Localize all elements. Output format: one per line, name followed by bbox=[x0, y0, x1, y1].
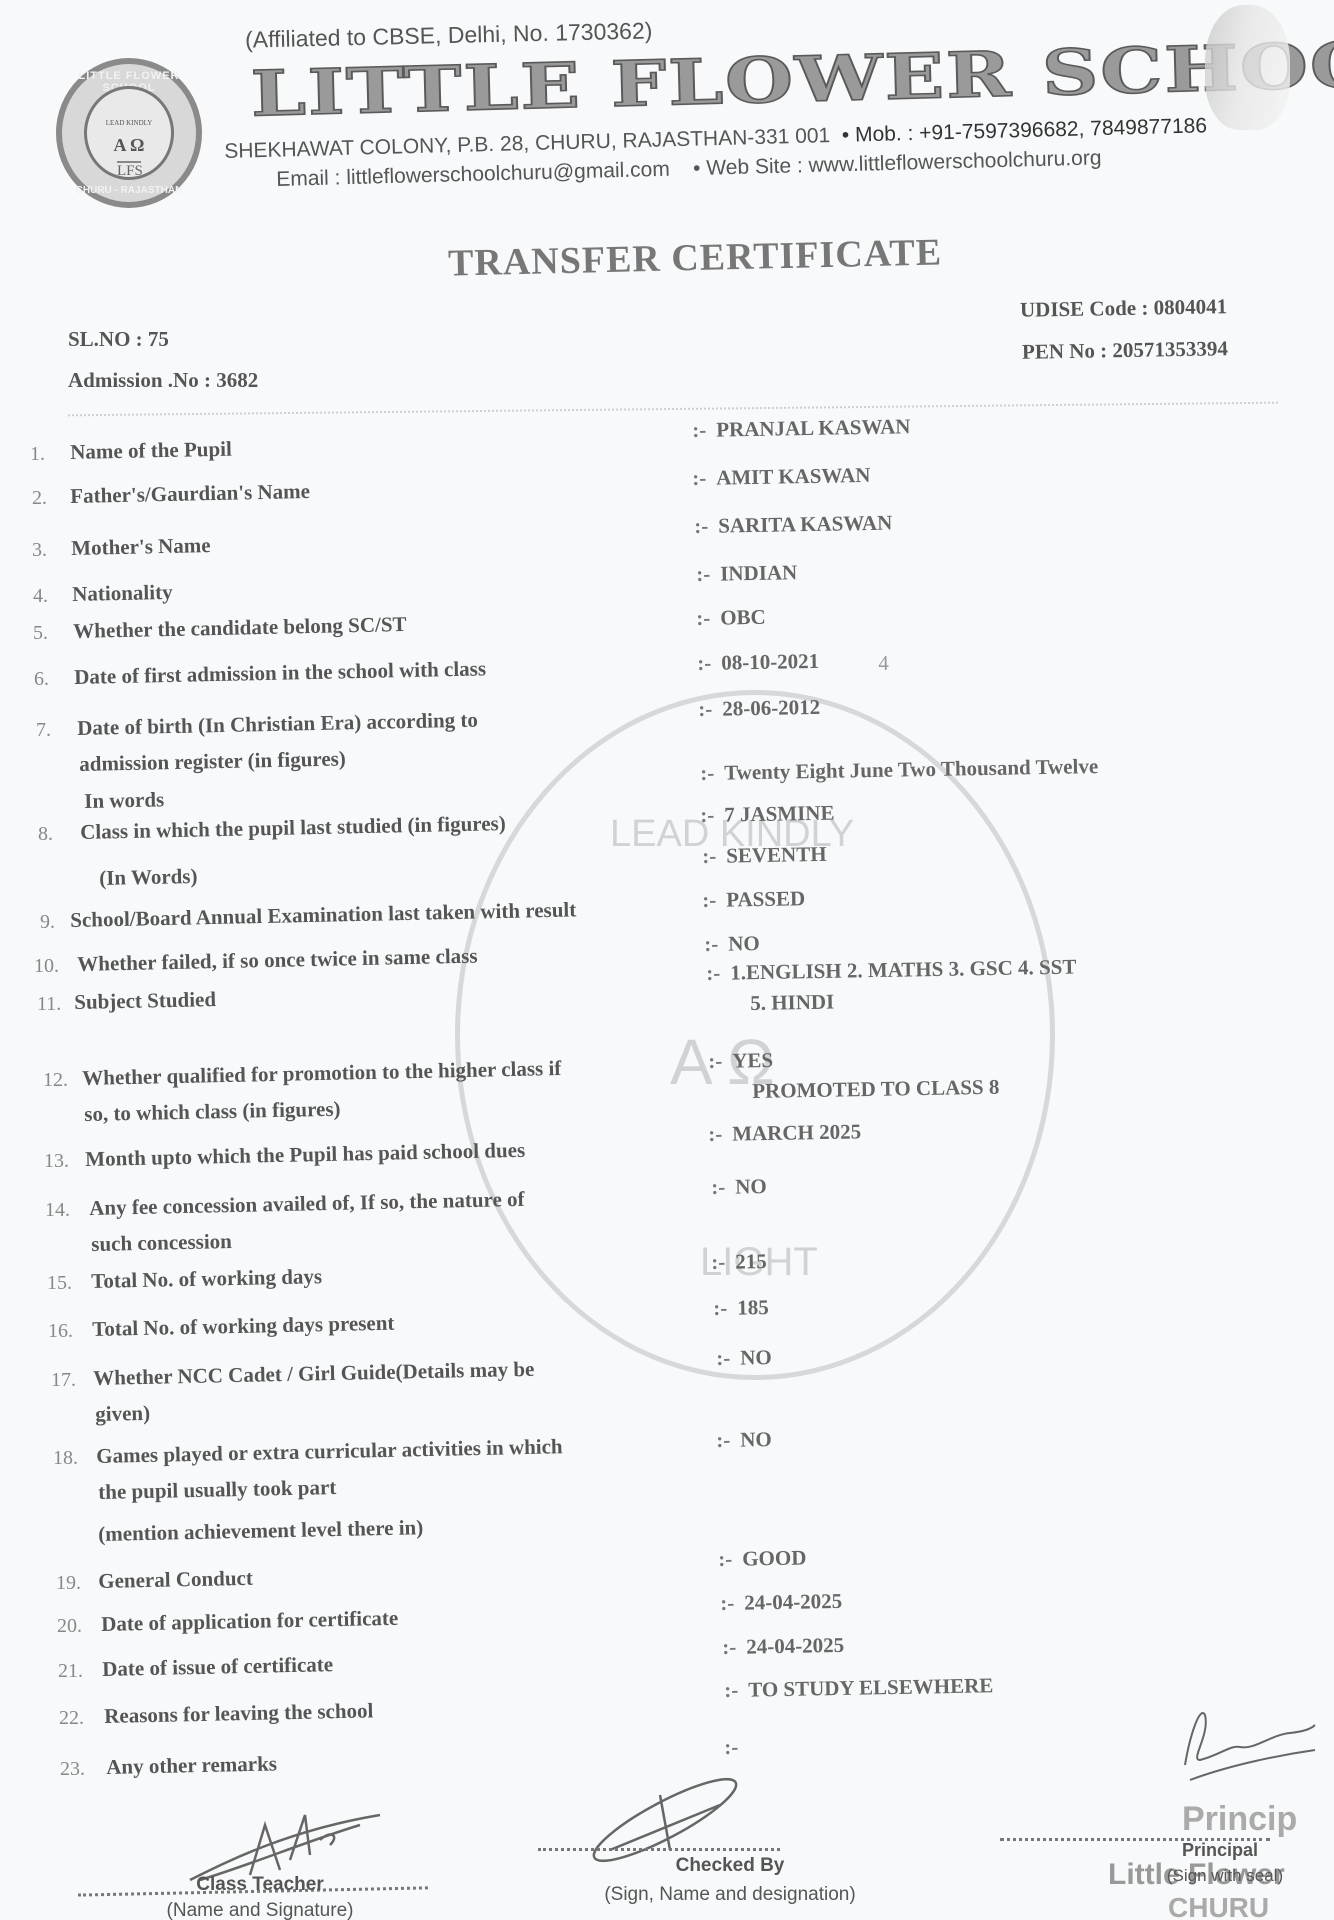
field-value-line: :-Twenty Eight June Two Thousand Twelve bbox=[700, 754, 1098, 786]
field-number: 8. bbox=[38, 823, 53, 846]
field-separator: :- bbox=[702, 888, 716, 912]
field-label: Subject Studied bbox=[74, 987, 216, 1015]
field-separator: :- bbox=[711, 1250, 725, 1274]
field-value: NO bbox=[740, 1427, 772, 1452]
field-value-line: :-NO bbox=[711, 1174, 767, 1200]
checked-by-sublabel: (Sign, Name and designation) bbox=[580, 1884, 880, 1906]
header-separator bbox=[68, 402, 1278, 417]
school-seal-stamp: LEAD KINDLY A Ω LIGHT bbox=[455, 690, 1055, 1380]
field-value-line: :-SARITA KASWAN bbox=[694, 511, 892, 539]
field-number: 9. bbox=[40, 911, 55, 934]
field-value: OBC bbox=[720, 605, 766, 630]
field-label: Nationality bbox=[72, 580, 173, 607]
field-label: Whether the candidate belong SC/ST bbox=[73, 612, 407, 644]
field-value: 1.ENGLISH 2. MATHS 3. GSC 4. SST bbox=[730, 955, 1077, 985]
field-value: 08-10-2021 bbox=[721, 649, 819, 675]
field-separator: :- bbox=[716, 1428, 730, 1452]
udise-code: UDISE Code : 0804041 bbox=[1020, 294, 1228, 323]
field-separator: :- bbox=[694, 514, 708, 538]
field-value: PRANJAL KASWAN bbox=[716, 414, 911, 441]
field-label: so, to which class (in figures) bbox=[84, 1097, 341, 1127]
field-number: 21. bbox=[58, 1660, 83, 1683]
field-label: Whether NCC Cadet / Girl Guide(Details m… bbox=[93, 1357, 535, 1391]
field-value: 24-04-2025 bbox=[746, 1633, 844, 1659]
field-separator: :- bbox=[704, 932, 718, 956]
field-label: Date of first admission in the school wi… bbox=[74, 656, 486, 690]
field-number: 10. bbox=[34, 955, 59, 978]
field-label: Whether failed, if so once twice in same… bbox=[77, 944, 478, 977]
field-value: 185 bbox=[737, 1295, 769, 1320]
field-separator: :- bbox=[711, 1175, 725, 1199]
field-value-line: :-YES bbox=[708, 1048, 773, 1074]
field-number: 5. bbox=[33, 622, 48, 645]
field-label: Month upto which the Pupil has paid scho… bbox=[85, 1138, 525, 1172]
field-value: 4 bbox=[878, 651, 889, 675]
field-number: 7. bbox=[36, 719, 51, 742]
field-label: Date of application for certificate bbox=[101, 1606, 398, 1637]
field-label: Total No. of working days present bbox=[92, 1311, 395, 1342]
field-value: MARCH 2025 bbox=[732, 1119, 861, 1145]
class-teacher-label: Class Teacher bbox=[150, 1874, 370, 1896]
field-separator: :- bbox=[720, 1591, 734, 1615]
logo-symbols: A Ω bbox=[87, 135, 171, 156]
field-label: (In Words) bbox=[99, 864, 198, 891]
field-label: Total No. of working days bbox=[91, 1264, 322, 1294]
field-separator: :- bbox=[702, 844, 716, 868]
field-number: 18. bbox=[53, 1447, 78, 1470]
field-separator: :- bbox=[706, 961, 720, 985]
field-value: NO bbox=[735, 1174, 767, 1199]
field-value: SEVENTH bbox=[726, 842, 827, 868]
field-label: Class in which the pupil last studied (i… bbox=[80, 811, 506, 845]
email-text: Email : littleflowerschoolchuru@gmail.co… bbox=[276, 158, 670, 191]
field-label: In words bbox=[84, 787, 164, 814]
field-value-line: :-PASSED bbox=[702, 886, 805, 913]
field-number: 20. bbox=[57, 1615, 82, 1638]
logo-crest: LEAD KINDLY A Ω LFS bbox=[84, 86, 174, 180]
field-value-line: :-NO bbox=[716, 1345, 772, 1371]
field-value: PROMOTED TO CLASS 8 bbox=[752, 1075, 1000, 1103]
field-value-line: 5. HINDI bbox=[750, 990, 834, 1016]
field-separator: :- bbox=[700, 803, 714, 827]
field-value-line: :-NO bbox=[704, 931, 760, 957]
field-label: Reasons for leaving the school bbox=[104, 1698, 374, 1729]
serial-number: SL.NO : 75 bbox=[68, 327, 169, 352]
field-value: YES bbox=[732, 1048, 773, 1073]
field-number: 4. bbox=[33, 585, 48, 608]
field-value-line: 4 bbox=[878, 651, 889, 676]
checked-by-label: Checked By bbox=[600, 1855, 860, 1877]
field-number: 17. bbox=[51, 1369, 76, 1392]
website-text: • Web Site : www.littleflowerschoolchuru… bbox=[693, 146, 1102, 180]
field-label: Mother's Name bbox=[71, 533, 211, 561]
field-separator: :- bbox=[713, 1296, 727, 1320]
field-separator: :- bbox=[708, 1122, 722, 1146]
field-number: 3. bbox=[32, 539, 47, 562]
field-value-line: :- bbox=[724, 1735, 748, 1760]
field-number: 22. bbox=[59, 1707, 84, 1730]
field-value-line: :-NO bbox=[716, 1427, 772, 1453]
field-value: 24-04-2025 bbox=[744, 1589, 842, 1615]
field-value-line: :-MARCH 2025 bbox=[708, 1119, 861, 1147]
field-label: Name of the Pupil bbox=[70, 437, 232, 465]
field-value: Twenty Eight June Two Thousand Twelve bbox=[724, 754, 1098, 785]
field-separator: :- bbox=[724, 1678, 738, 1702]
field-label: Games played or extra curricular activit… bbox=[96, 1434, 563, 1469]
field-value-line: :-24-04-2025 bbox=[722, 1633, 844, 1660]
field-label: General Conduct bbox=[98, 1566, 253, 1594]
principal-seal-city: CHURU bbox=[1168, 1892, 1269, 1920]
field-number: 19. bbox=[56, 1572, 81, 1595]
field-label: admission register (in figures) bbox=[79, 746, 346, 777]
field-label: (mention achievement level there in) bbox=[98, 1515, 423, 1547]
principal-seal-text: Princip bbox=[1182, 1800, 1297, 1839]
field-number: 15. bbox=[47, 1272, 72, 1295]
field-separator: :- bbox=[700, 761, 714, 785]
field-separator: :- bbox=[697, 651, 711, 675]
field-value: 28-06-2012 bbox=[722, 695, 820, 721]
principal-signature bbox=[1170, 1705, 1320, 1785]
field-number: 13. bbox=[44, 1150, 69, 1173]
field-separator: :- bbox=[708, 1049, 722, 1073]
field-separator: :- bbox=[696, 562, 710, 586]
logo-ring-bottom-text: CHURU - RAJASTHAN bbox=[62, 185, 196, 196]
field-value: AMIT KASWAN bbox=[716, 463, 871, 490]
field-number: 16. bbox=[48, 1320, 73, 1343]
admission-number: Admission .No : 3682 bbox=[68, 368, 258, 393]
field-value-line: :-28-06-2012 bbox=[698, 695, 820, 722]
field-number: 12. bbox=[43, 1069, 68, 1092]
field-value: NO bbox=[740, 1345, 772, 1370]
principal-sublabel: (Sign with seal) bbox=[1150, 1866, 1300, 1886]
field-separator: :- bbox=[718, 1547, 732, 1571]
field-label: Date of issue of certificate bbox=[102, 1652, 333, 1682]
field-label: Any fee concession availed of, If so, th… bbox=[89, 1187, 525, 1221]
field-separator: :- bbox=[724, 1735, 738, 1759]
field-number: 14. bbox=[45, 1199, 70, 1222]
field-value-line: :-INDIAN bbox=[696, 560, 797, 587]
field-value: 5. HINDI bbox=[750, 990, 834, 1015]
field-label: School/Board Annual Examination last tak… bbox=[70, 897, 576, 933]
logo-motto: LEAD KINDLY bbox=[87, 119, 171, 127]
field-value: 215 bbox=[735, 1249, 767, 1274]
field-label: Father's/Gaurdian's Name bbox=[70, 479, 310, 509]
field-separator: :- bbox=[722, 1635, 736, 1659]
field-number: 1. bbox=[30, 443, 45, 466]
field-value-line: :-PRANJAL KASWAN bbox=[692, 414, 911, 443]
field-value: SARITA KASWAN bbox=[718, 511, 892, 538]
field-value: PASSED bbox=[726, 886, 805, 911]
checked-by-sign-line bbox=[538, 1848, 780, 1851]
field-number: 23. bbox=[60, 1758, 85, 1781]
pen-number: PEN No : 20571353394 bbox=[1022, 336, 1228, 365]
field-value-line: :-215 bbox=[711, 1249, 767, 1275]
field-value-line: PROMOTED TO CLASS 8 bbox=[752, 1075, 1000, 1104]
field-label: Whether qualified for promotion to the h… bbox=[82, 1056, 562, 1091]
logo-monogram: LFS bbox=[117, 161, 141, 180]
mobile-numbers: • Mob. : +91-7597396682, 7849877186 bbox=[842, 114, 1208, 147]
field-value-line: :-AMIT KASWAN bbox=[692, 463, 871, 491]
field-separator: :- bbox=[698, 697, 712, 721]
field-value-line: :-SEVENTH bbox=[702, 842, 827, 869]
field-value: INDIAN bbox=[720, 560, 797, 585]
field-value-line: :-08-10-2021 bbox=[697, 649, 819, 676]
field-value-line: :-24-04-2025 bbox=[720, 1589, 842, 1616]
field-number: 11. bbox=[37, 993, 61, 1016]
field-label: Date of birth (In Christian Era) accordi… bbox=[77, 708, 478, 741]
field-value-line: :-OBC bbox=[696, 605, 766, 631]
field-value-line: :-TO STUDY ELSEWHERE bbox=[724, 1673, 993, 1703]
field-value-line: :-GOOD bbox=[718, 1545, 807, 1572]
field-separator: :- bbox=[692, 466, 706, 490]
field-value: 7 JASMINE bbox=[724, 801, 835, 827]
field-label: given) bbox=[95, 1401, 150, 1427]
field-label: such concession bbox=[91, 1229, 232, 1257]
field-number: 6. bbox=[34, 668, 49, 691]
portrait-image bbox=[1205, 5, 1290, 130]
field-value: GOOD bbox=[742, 1545, 807, 1570]
field-separator: :- bbox=[716, 1346, 730, 1370]
field-label: Any other remarks bbox=[106, 1751, 277, 1780]
field-value-line: :-185 bbox=[713, 1295, 769, 1321]
class-teacher-sublabel: (Name and Signature) bbox=[135, 1900, 385, 1920]
school-logo: LITTLE FLOWER SCHOOL LEAD KINDLY A Ω LFS… bbox=[56, 58, 202, 208]
field-value-line: :-7 JASMINE bbox=[700, 801, 835, 828]
field-value: TO STUDY ELSEWHERE bbox=[748, 1673, 993, 1701]
field-value: NO bbox=[728, 931, 760, 956]
field-number: 2. bbox=[32, 487, 47, 510]
field-separator: :- bbox=[692, 418, 706, 442]
field-value-line: :-1.ENGLISH 2. MATHS 3. GSC 4. SST bbox=[706, 955, 1077, 986]
field-label: the pupil usually took part bbox=[98, 1475, 337, 1505]
certificate-title: TRANSFER CERTIFICATE bbox=[448, 230, 943, 285]
field-separator: :- bbox=[696, 606, 710, 630]
